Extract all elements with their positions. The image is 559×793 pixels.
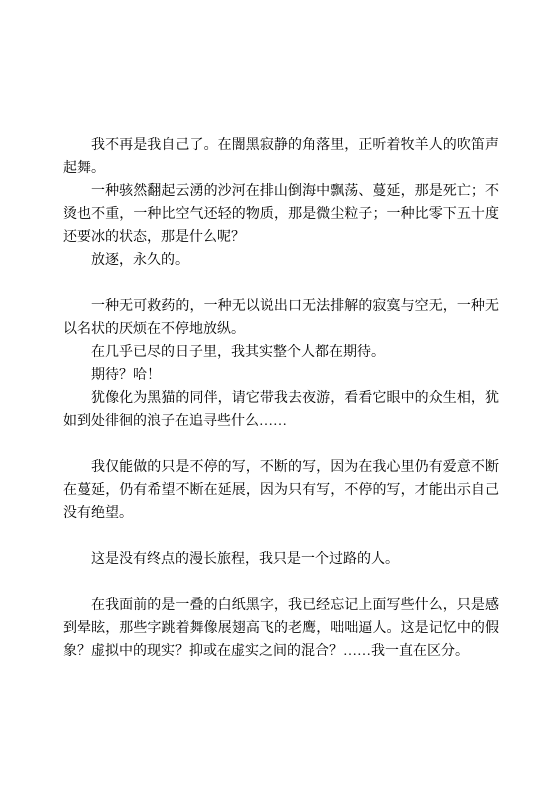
- paragraph: 这是没有终点的漫长旅程，我只是一个过路的人。: [63, 548, 499, 571]
- paragraph-group: 在我面前的是一叠的白纸黑字，我已经忘记上面写些什么，只是感到晕眩，那些字跳着舞像…: [63, 594, 499, 663]
- paragraph-group: 这是没有终点的漫长旅程，我只是一个过路的人。: [63, 548, 499, 571]
- text-block: 我不再是我自己了。在闇黑寂静的角落里，正听着牧羊人的吹笛声起舞。一种骇然翻起云湧…: [63, 134, 499, 663]
- paragraph: 期待？哈！: [63, 364, 499, 387]
- paragraph-group: 我不再是我自己了。在闇黑寂静的角落里，正听着牧羊人的吹笛声起舞。一种骇然翻起云湧…: [63, 134, 499, 272]
- paragraph: 一种骇然翻起云湧的沙河在排山倒海中飘荡、蔓延，那是死亡；不烫也不重，一种比空气还…: [63, 180, 499, 249]
- paragraph-group: 一种无可救药的，一种无以说出口无法排解的寂寞与空无，一种无以名状的厌烦在不停地放…: [63, 295, 499, 433]
- document-page: 我不再是我自己了。在闇黑寂静的角落里，正听着牧羊人的吹笛声起舞。一种骇然翻起云湧…: [0, 0, 559, 793]
- paragraph: 一种无可救药的，一种无以说出口无法排解的寂寞与空无，一种无以名状的厌烦在不停地放…: [63, 295, 499, 341]
- paragraph: 放逐，永久的。: [63, 249, 499, 272]
- paragraph-group: 我仅能做的只是不停的写，不断的写，因为在我心里仍有爱意不断在蔓延，仍有希望不断在…: [63, 456, 499, 525]
- paragraph: 在我面前的是一叠的白纸黑字，我已经忘记上面写些什么，只是感到晕眩，那些字跳着舞像…: [63, 594, 499, 663]
- paragraph: 我不再是我自己了。在闇黑寂静的角落里，正听着牧羊人的吹笛声起舞。: [63, 134, 499, 180]
- paragraph: 在几乎已尽的日子里，我其实整个人都在期待。: [63, 341, 499, 364]
- paragraph: 犹像化为黑猫的同伴，请它带我去夜游，看看它眼中的众生相，犹如到处徘徊的浪子在追寻…: [63, 387, 499, 433]
- paragraph: 我仅能做的只是不停的写，不断的写，因为在我心里仍有爱意不断在蔓延，仍有希望不断在…: [63, 456, 499, 525]
